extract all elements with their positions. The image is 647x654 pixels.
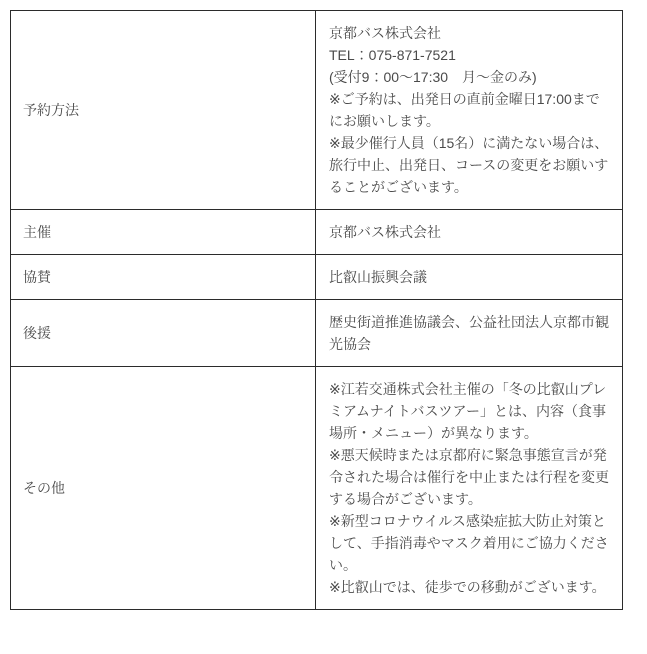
content-paragraph-covid-note: ※新型コロナウイルス感染症拡大防止対策として、手指消毒やマスク着用にご協力くださ… (329, 510, 609, 576)
info-table: 予約方法 京都バス株式会社 TEL：075-871-7521 (受付9：00～1… (10, 10, 623, 610)
content-paragraph-hours: (受付9：00～17:30 月～金のみ) (329, 66, 609, 88)
row-label-text: その他 (23, 480, 65, 496)
content-paragraph-minimum-note: ※最少催行人員（15名）に満たない場合は、旅行中止、出発日、コースの変更をお願い… (329, 132, 609, 198)
content-paragraph: 歴史街道推進協議会、公益社団法人京都市観光協会 (329, 311, 609, 355)
row-label-reservation: 予約方法 (11, 11, 316, 210)
table-row-support: 後援 歴史街道推進協議会、公益社団法人京都市観光協会 (11, 300, 623, 367)
content-paragraph-walking-note: ※比叡山では、徒歩での移動がございます。 (329, 576, 609, 598)
table-row-other: その他 ※江若交通株式会社主催の「冬の比叡山プレミアムナイトバスツアー」とは、内… (11, 367, 623, 610)
content-paragraph-tel: TEL：075-871-7521 (329, 44, 609, 66)
row-content-other: ※江若交通株式会社主催の「冬の比叡山プレミアムナイトバスツアー」とは、内容（食事… (316, 367, 623, 610)
table-row-organizer: 主催 京都バス株式会社 (11, 210, 623, 255)
content-paragraph-weather-note: ※悪天候時または京都府に緊急事態宣言が発令された場合は催行を中止または行程を変更… (329, 444, 609, 510)
row-content-support: 歴史街道推進協議会、公益社団法人京都市観光協会 (316, 300, 623, 367)
row-label-organizer: 主催 (11, 210, 316, 255)
row-label-support: 後援 (11, 300, 316, 367)
row-label-other: その他 (11, 367, 316, 610)
row-label-text: 予約方法 (23, 102, 79, 118)
table-row-sponsor: 協賛 比叡山振興会議 (11, 255, 623, 300)
content-paragraph: 京都バス株式会社 (329, 22, 609, 44)
row-content-sponsor: 比叡山振興会議 (316, 255, 623, 300)
table-row-reservation: 予約方法 京都バス株式会社 TEL：075-871-7521 (受付9：00～1… (11, 11, 623, 210)
row-content-organizer: 京都バス株式会社 (316, 210, 623, 255)
content-paragraph-different-tour-note: ※江若交通株式会社主催の「冬の比叡山プレミアムナイトバスツアー」とは、内容（食事… (329, 378, 609, 444)
content-paragraph: 比叡山振興会議 (329, 266, 609, 288)
content-paragraph: 京都バス株式会社 (329, 221, 609, 243)
row-label-text: 主催 (23, 224, 51, 240)
content-paragraph-deadline-note: ※ご予約は、出発日の直前金曜日17:00までにお願いします。 (329, 88, 609, 132)
row-label-text: 協賛 (23, 269, 51, 285)
row-content-reservation: 京都バス株式会社 TEL：075-871-7521 (受付9：00～17:30 … (316, 11, 623, 210)
row-label-sponsor: 協賛 (11, 255, 316, 300)
row-label-text: 後援 (23, 325, 51, 341)
